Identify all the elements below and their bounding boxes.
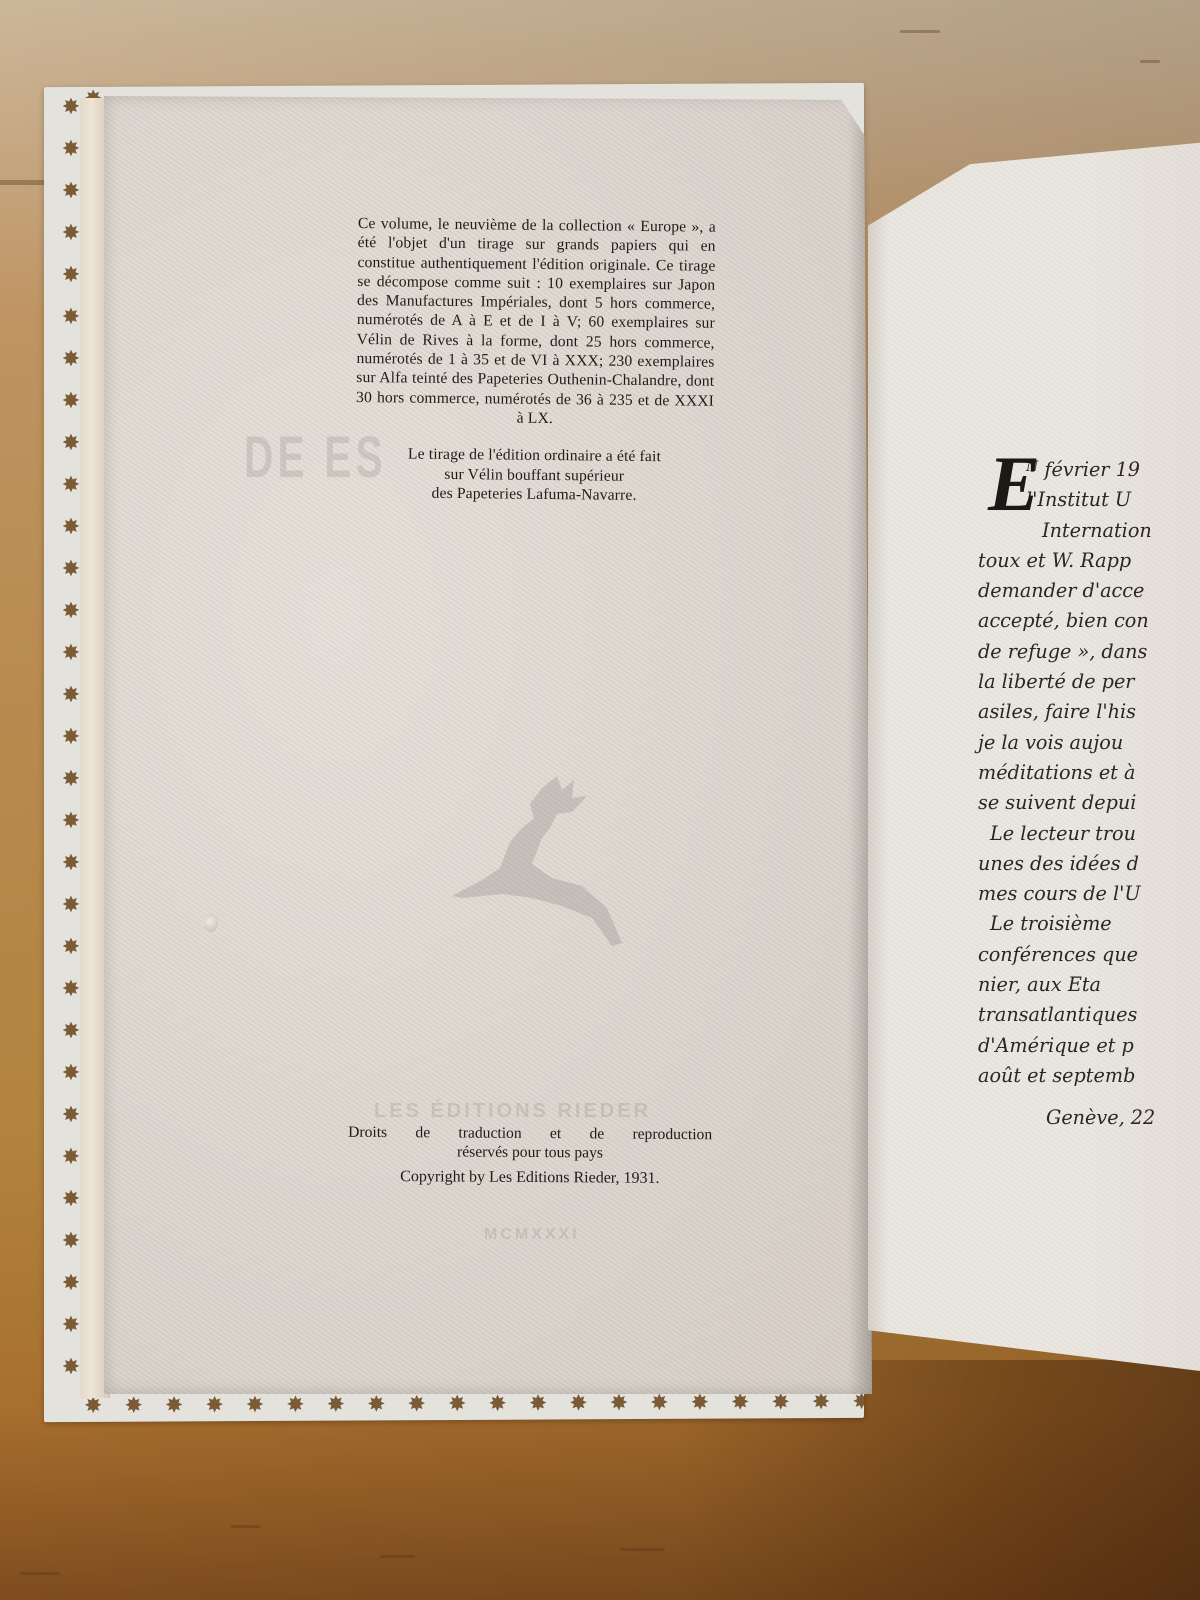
preface-line: la liberté de per bbox=[978, 667, 1200, 697]
preface-line: méditations et à bbox=[978, 758, 1200, 788]
preface-line: accepté, bien con bbox=[978, 606, 1200, 636]
star-icon: ✸ bbox=[62, 307, 80, 329]
wood-grain bbox=[380, 1555, 415, 1558]
star-icon: ✸ bbox=[62, 223, 80, 245]
star-icon: ✸ bbox=[62, 391, 80, 413]
copyright-line: Copyright by Les Editions Rieder, 1931. bbox=[348, 1167, 712, 1189]
star-icon: ✸ bbox=[62, 97, 80, 119]
preface-line: demander d'acce bbox=[978, 576, 1200, 606]
star-icon: ✸ bbox=[62, 979, 80, 1001]
star-icon: ✸ bbox=[62, 139, 80, 161]
colophon-line: Le tirage de l'édition ordinaire a été f… bbox=[355, 444, 713, 467]
preface-line: mes cours de l'U bbox=[978, 879, 1200, 909]
preface-line: transatlantiques bbox=[978, 1000, 1200, 1030]
star-icon: ✸ bbox=[62, 727, 80, 749]
colophon-line: des Papeteries Lafuma-Navarre. bbox=[355, 483, 713, 506]
preface-line: toux et W. Rapp bbox=[978, 546, 1200, 576]
left-page[interactable]: DE ES LES ÉDITIONS RIEDER MCMXXXI Ce vol… bbox=[104, 96, 872, 1394]
star-icon: ✸ bbox=[62, 1147, 80, 1169]
preface-line: je la vois aujou bbox=[978, 728, 1200, 758]
star-icon: ✸ bbox=[771, 1392, 789, 1414]
star-icon: ✸ bbox=[62, 685, 80, 707]
star-icon: ✸ bbox=[852, 1392, 864, 1414]
colophon-paragraph-2: Le tirage de l'édition ordinaire a été f… bbox=[355, 444, 714, 506]
rights-line-1: Droits de traduction et de reproduction bbox=[348, 1123, 712, 1145]
star-icon: ✸ bbox=[62, 895, 80, 917]
star-icon: ✸ bbox=[124, 1396, 142, 1418]
star-icon: ✸ bbox=[62, 1063, 80, 1085]
star-icon: ✸ bbox=[165, 1395, 183, 1417]
star-icon: ✸ bbox=[569, 1393, 587, 1415]
star-icon: ✸ bbox=[62, 181, 80, 203]
star-icon: ✸ bbox=[62, 1273, 80, 1295]
paper-emboss bbox=[204, 914, 218, 932]
colophon-paragraph-1: Ce volume, le neuvième de la collection … bbox=[356, 214, 716, 430]
star-icon: ✸ bbox=[691, 1393, 709, 1415]
star-icon: ✸ bbox=[62, 769, 80, 791]
star-icon: ✸ bbox=[246, 1395, 264, 1417]
star-icon: ✸ bbox=[62, 853, 80, 875]
star-icon: ✸ bbox=[62, 1189, 80, 1211]
preface-signature: Genève, 22 bbox=[978, 1103, 1200, 1133]
preface-line: nier, aux Eta bbox=[978, 970, 1200, 1000]
star-icon: ✸ bbox=[62, 517, 80, 539]
preface-line: unes des idées d bbox=[978, 849, 1200, 879]
star-icon: ✸ bbox=[62, 349, 80, 371]
star-icon: ✸ bbox=[62, 1357, 80, 1379]
star-icon: ✸ bbox=[62, 1105, 80, 1127]
star-icon: ✸ bbox=[731, 1392, 749, 1414]
drop-cap: E bbox=[988, 450, 1040, 518]
star-icon: ✸ bbox=[62, 265, 80, 287]
star-icon: ✸ bbox=[408, 1394, 426, 1416]
star-icon: ✸ bbox=[367, 1394, 385, 1416]
colophon: Ce volume, le neuvième de la collection … bbox=[355, 214, 716, 506]
star-border-bottom: ✸✸✸✸✸✸✸✸✸✸✸✸✸✸✸✸✸✸✸✸✸✸✸✸✸ bbox=[84, 1391, 864, 1418]
wood-grain bbox=[620, 1548, 665, 1551]
star-icon: ✸ bbox=[62, 1315, 80, 1337]
star-icon: ✸ bbox=[610, 1393, 628, 1415]
star-icon: ✸ bbox=[529, 1394, 547, 1416]
star-icon: ✸ bbox=[488, 1394, 506, 1416]
show-through-date: MCMXXXI bbox=[484, 1226, 580, 1244]
rights-line-2: réservés pour tous pays bbox=[348, 1142, 712, 1164]
preface-line: conférences que bbox=[978, 940, 1200, 970]
wood-grain bbox=[230, 1525, 260, 1528]
star-icon: ✸ bbox=[62, 475, 80, 497]
leaping-deer-icon bbox=[422, 768, 632, 988]
star-icon: ✸ bbox=[62, 559, 80, 581]
preface-line: d'Amérique et p bbox=[978, 1031, 1200, 1061]
preface-line: Le lecteur trou bbox=[978, 819, 1200, 849]
preface-line: asiles, faire l'his bbox=[978, 697, 1200, 727]
wood-grain bbox=[20, 1572, 60, 1575]
star-icon: ✸ bbox=[205, 1395, 223, 1417]
star-icon: ✸ bbox=[650, 1393, 668, 1415]
star-icon: ✸ bbox=[448, 1394, 466, 1416]
star-icon: ✸ bbox=[62, 1021, 80, 1043]
preface-line: se suivent depui bbox=[978, 788, 1200, 818]
wood-grain bbox=[900, 30, 940, 33]
star-icon: ✸ bbox=[286, 1395, 304, 1417]
star-icon: ✸ bbox=[62, 643, 80, 665]
wood-grain bbox=[1140, 60, 1160, 63]
show-through-publisher: LES ÉDITIONS RIEDER bbox=[374, 1100, 651, 1123]
preface-text: E N février 19 l'Institut U Internation … bbox=[978, 452, 1200, 1134]
star-icon: ✸ bbox=[812, 1392, 830, 1414]
star-icon: ✸ bbox=[84, 1396, 102, 1418]
star-icon: ✸ bbox=[327, 1395, 345, 1417]
star-icon: ✸ bbox=[62, 601, 80, 623]
preface-line: Le troisième bbox=[978, 909, 1200, 939]
preface-line: août et septemb bbox=[978, 1061, 1200, 1091]
star-icon: ✸ bbox=[62, 1231, 80, 1253]
preface-line: de refuge », dans bbox=[978, 637, 1200, 667]
star-icon: ✸ bbox=[62, 433, 80, 455]
star-icon: ✸ bbox=[62, 811, 80, 833]
rights-notice: Droits de traduction et de reproduction … bbox=[348, 1123, 712, 1189]
star-icon: ✸ bbox=[62, 937, 80, 959]
